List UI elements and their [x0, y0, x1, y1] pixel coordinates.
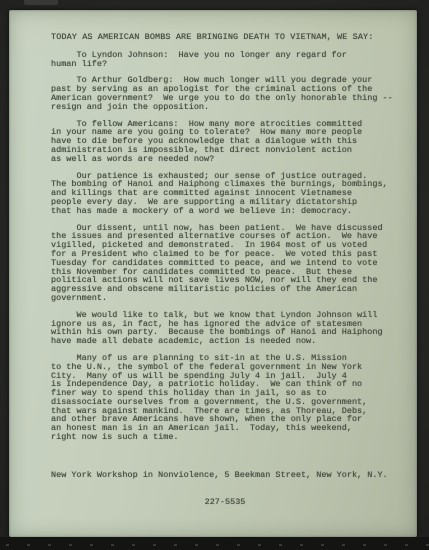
document-footer: New York Workshop in Nonviolence, 5 Beek…	[51, 454, 399, 524]
document-title: TODAY AS AMERICAN BOMBS ARE BRINGING DEA…	[51, 33, 399, 42]
document-body: To Lyndon Johnson: Have you no longer an…	[51, 51, 399, 442]
footer-phone-number: 227-5535	[51, 498, 399, 507]
document-paragraph: Our patience is exhausted; our sense of …	[51, 172, 399, 216]
document-page: TODAY AS AMERICAN BOMBS ARE BRINGING DEA…	[9, 10, 417, 537]
document-paragraph: We would like to talk, but we know that …	[51, 311, 399, 346]
document-paragraph: To Lyndon Johnson: Have you no longer an…	[51, 51, 399, 69]
document-paragraph: To fellow Americans: How many more atroc…	[51, 120, 399, 164]
scan-background: { "colors": { "background": "#222221", "…	[0, 0, 429, 550]
document-paragraph: To Arthur Goldberg: How much longer will…	[51, 76, 399, 111]
scanner-frame-notch	[24, 0, 58, 5]
document-paragraph: Many of us are planning to sit-in at the…	[51, 354, 399, 442]
document-paragraph: Our dissent, until now, has been patient…	[51, 224, 399, 303]
footer-organization-address: New York Workshop in Nonviolence, 5 Beek…	[51, 471, 399, 480]
scan-edge-strip	[0, 537, 429, 550]
